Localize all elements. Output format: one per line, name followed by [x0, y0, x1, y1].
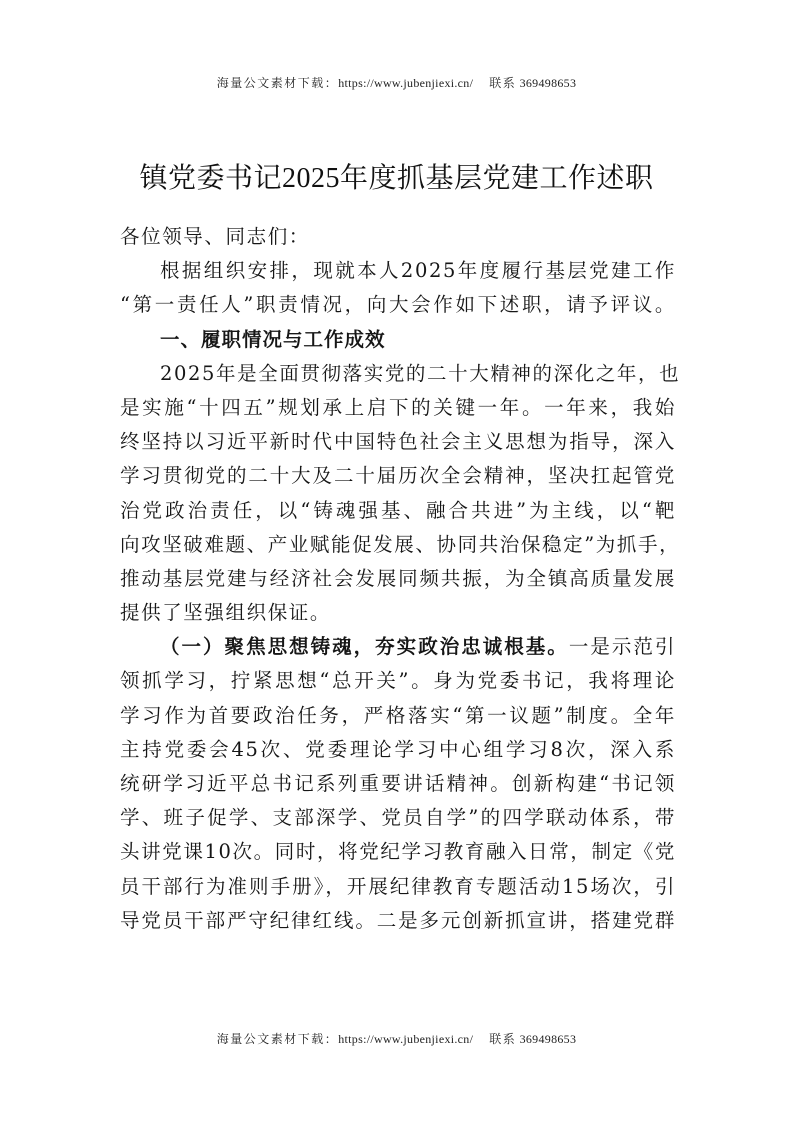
footer-download-label: 海量公文素材下载：: [217, 1032, 339, 1046]
paragraph-line: 推动基层党建与经济社会发展同频共振，为全镇高质量发展: [120, 562, 676, 596]
footer-contact-number: 369498653: [520, 1032, 577, 1046]
paragraph-line: 向攻坚破难题、产业赋能促发展、协同共治保稳定”为抓手，: [120, 528, 676, 562]
footer-contact-label: 联系: [489, 1032, 516, 1046]
paragraph-line: 治党政治责任，以“铸魂强基、融合共进”为主线，以“靶: [120, 494, 676, 528]
intro-line: 根据组织安排，现就本人2025年度履行基层党建工作: [120, 254, 676, 288]
paragraph-line: 学习作为首要政治任务，严格落实“第一议题”制度。全年: [120, 699, 676, 733]
paragraph-line: 统研学习近平总书记系列重要讲话精神。创新构建“书记领: [120, 767, 676, 801]
paragraph-line: 学习贯彻党的二十大及二十届历次全会精神，坚决扛起管党: [120, 459, 676, 493]
section-heading-1: 一、履职情况与工作成效: [120, 323, 676, 357]
header-url-link[interactable]: https://www.jubenjiexi.cn/: [338, 76, 473, 90]
document-title: 镇党委书记2025年度抓基层党建工作述职: [0, 156, 793, 196]
subsection-1-first-line-rest: 一是示范引: [569, 635, 676, 658]
header-contact-label: 联系: [489, 76, 516, 90]
header-download-label: 海量公文素材下载：: [217, 76, 339, 90]
paragraph-line: 头讲党课10次。同时，将党纪学习教育融入日常，制定《党: [120, 835, 676, 869]
paragraph-line: 导党员干部严守纪律红线。二是多元创新抓宣讲，搭建党群: [120, 904, 676, 938]
header-contact-number: 369498653: [520, 76, 577, 90]
intro-line: “第一责任人”职责情况，向大会作如下述职，请予评议。: [120, 288, 676, 322]
subsection-1-heading: （一）聚焦思想铸魂，夯实政治忠诚根基。: [160, 635, 569, 658]
paragraph-line: 学、班子促学、支部深学、党员自学”的四学联动体系，带: [120, 801, 676, 835]
document-body: 各位领导、同志们： 根据组织安排，现就本人2025年度履行基层党建工作 “第一责…: [120, 220, 676, 938]
paragraph-line: 主持党委会45次、党委理论学习中心组学习8次，深入系: [120, 733, 676, 767]
subsection-1-first-line: （一）聚焦思想铸魂，夯实政治忠诚根基。一是示范引: [120, 630, 676, 664]
footer-url-link[interactable]: https://www.jubenjiexi.cn/: [338, 1032, 473, 1046]
paragraph-line: 是实施“十四五”规划承上启下的关键一年。一年来，我始: [120, 391, 676, 425]
page-footer-watermark: 海量公文素材下载：https://www.jubenjiexi.cn/联系 36…: [0, 1030, 793, 1047]
salutation: 各位领导、同志们：: [120, 220, 676, 254]
paragraph-line: 员干部行为准则手册》，开展纪律教育专题活动15场次，引: [120, 870, 676, 904]
paragraph-line: 2025年是全面贯彻落实党的二十大精神的深化之年，也: [120, 357, 676, 391]
page-header-watermark: 海量公文素材下载：https://www.jubenjiexi.cn/联系 36…: [0, 74, 793, 91]
paragraph-line: 领抓学习，拧紧思想“总开关”。身为党委书记，我将理论: [120, 664, 676, 698]
paragraph-line: 终坚持以习近平新时代中国特色社会主义思想为指导，深入: [120, 425, 676, 459]
paragraph-line: 提供了坚强组织保证。: [120, 596, 676, 630]
